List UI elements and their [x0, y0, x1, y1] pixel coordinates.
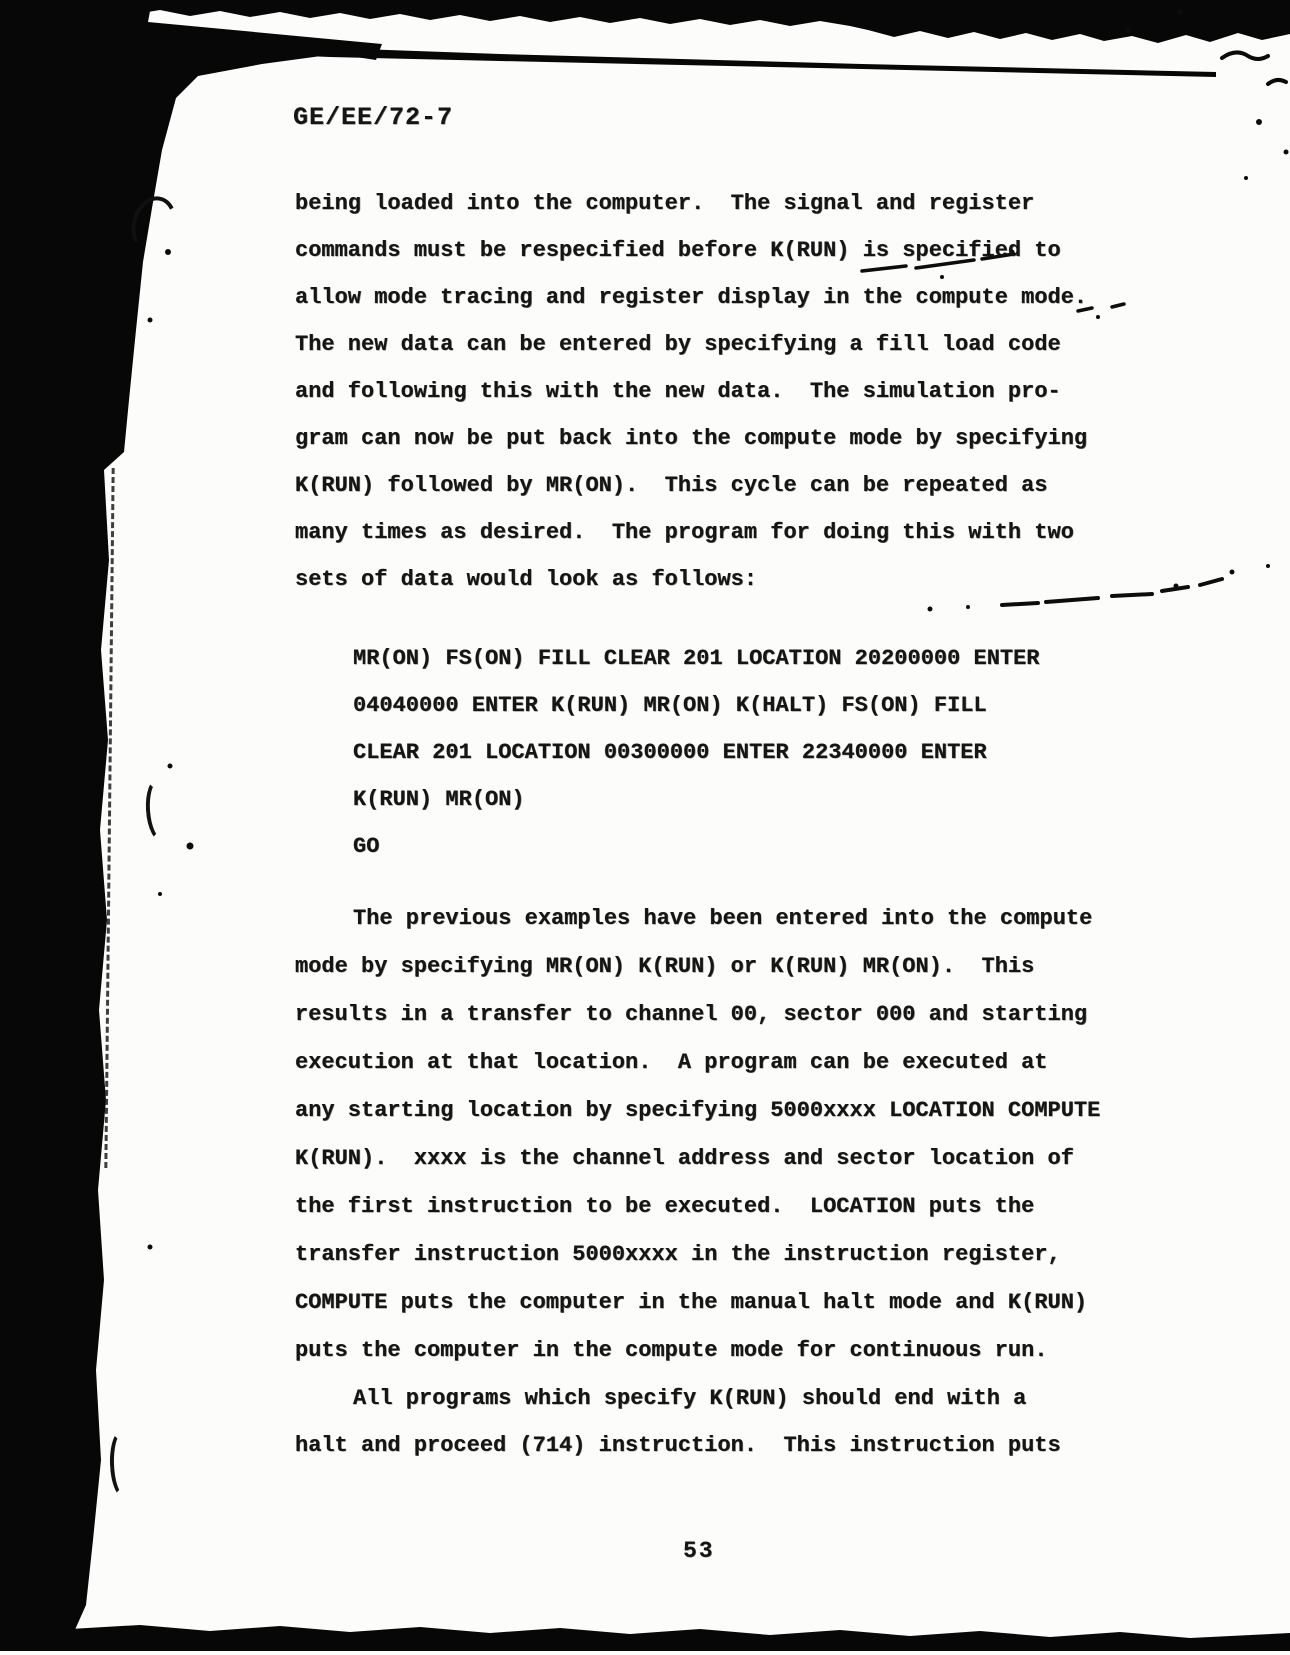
text-line: transfer instruction 5000xxxx in the ins… — [295, 1231, 1100, 1279]
text-line: results in a transfer to channel 00, sec… — [295, 991, 1100, 1039]
text-line: commands must be respecified before K(RU… — [295, 227, 1087, 274]
code-line: K(RUN) MR(ON) — [353, 776, 1040, 823]
code-line: MR(ON) FS(ON) FILL CLEAR 201 LOCATION 20… — [353, 635, 1040, 682]
text-line: All programs which specify K(RUN) should… — [295, 1375, 1061, 1422]
text-line: K(RUN). xxxx is the channel address and … — [295, 1135, 1100, 1183]
code-line: CLEAR 201 LOCATION 00300000 ENTER 223400… — [353, 729, 1040, 776]
text-line: allow mode tracing and register display … — [295, 274, 1087, 321]
text-line: puts the computer in the compute mode fo… — [295, 1327, 1100, 1375]
code-line: GO — [353, 823, 1040, 870]
paragraph-1: being loaded into the computer. The sign… — [295, 180, 1087, 603]
code-line: 04040000 ENTER K(RUN) MR(ON) K(HALT) FS(… — [353, 682, 1040, 729]
text-line: mode by specifying MR(ON) K(RUN) or K(RU… — [295, 943, 1100, 991]
text-line: the first instruction to be executed. LO… — [295, 1183, 1100, 1231]
report-number: GE/EE/72-7 — [293, 103, 453, 132]
text-line: many times as desired. The program for d… — [295, 509, 1087, 556]
text-line: being loaded into the computer. The sign… — [295, 180, 1087, 227]
typewritten-text-layer: GE/EE/72-7 being loaded into the compute… — [0, 0, 1290, 1655]
text-line: The previous examples have been entered … — [295, 895, 1100, 943]
scanned-page: GE/EE/72-7 being loaded into the compute… — [0, 0, 1290, 1655]
text-line: gram can now be put back into the comput… — [295, 415, 1087, 462]
text-line: any starting location by specifying 5000… — [295, 1087, 1100, 1135]
paragraph-3: All programs which specify K(RUN) should… — [295, 1375, 1061, 1469]
text-line: execution at that location. A program ca… — [295, 1039, 1100, 1087]
paragraph-2: The previous examples have been entered … — [295, 895, 1100, 1375]
text-line: and following this with the new data. Th… — [295, 368, 1087, 415]
page-number: 53 — [683, 1538, 715, 1564]
text-line: sets of data would look as follows: — [295, 556, 1087, 603]
text-line: COMPUTE puts the computer in the manual … — [295, 1279, 1100, 1327]
text-line: halt and proceed (714) instruction. This… — [295, 1422, 1061, 1469]
text-line: The new data can be entered by specifyin… — [295, 321, 1087, 368]
text-line: K(RUN) followed by MR(ON). This cycle ca… — [295, 462, 1087, 509]
code-example-block: MR(ON) FS(ON) FILL CLEAR 201 LOCATION 20… — [353, 635, 1040, 870]
